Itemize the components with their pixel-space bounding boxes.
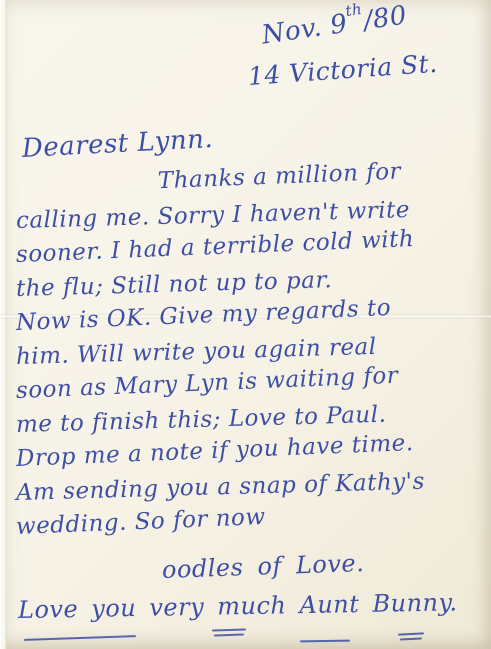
date-year: /80: [362, 0, 409, 36]
address-line: 14 Victoria St.: [247, 49, 438, 91]
underline-flourish: [300, 640, 350, 643]
underline-flourish: [214, 633, 244, 636]
paper-edge: [0, 0, 7, 649]
underline-flourish: [24, 635, 136, 641]
salutation: Dearest Lynn.: [21, 124, 214, 164]
letter-body: Thanks a million for calling me. Sorry I…: [16, 170, 482, 544]
underline-flourish: [212, 628, 246, 631]
date-line: Nov. 9th/80: [260, 0, 409, 51]
date-month-day: Nov. 9: [260, 9, 349, 51]
signature-line: Love you very much Aunt Bunny.: [18, 588, 458, 624]
underline-flourish: [400, 637, 422, 640]
closing-line: oodles of Love.: [162, 549, 365, 584]
letter-paper: Nov. 9th/80 14 Victoria St. Dearest Lynn…: [0, 0, 491, 649]
date-ordinal-suffix: th: [344, 0, 363, 20]
underline-flourish: [398, 632, 424, 635]
